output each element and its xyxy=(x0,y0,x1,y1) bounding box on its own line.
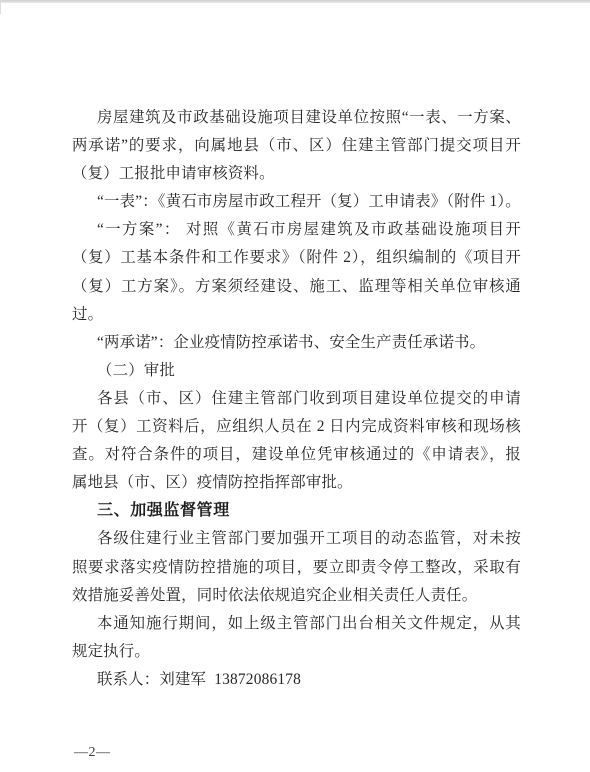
document-line: 各级住建行业主管部门要加强开工项目的动态监管，对未按 xyxy=(72,525,521,553)
document-line: 过。 xyxy=(72,301,521,329)
document-line: 开（复）工资料后，应组织人员在 2 日内完成资料审核和现场核 xyxy=(72,413,521,441)
document-line: 查。对符合条件的项目，建设单位凭审核通过的《申请表》，报 xyxy=(72,441,521,469)
document-line: “一表”：《黄石市房屋市政工程开（复）工申请表》（附件 1）。 xyxy=(72,188,521,216)
scan-edge-top xyxy=(0,0,590,3)
section-heading-supervision: 三、加强监督管理 xyxy=(72,497,521,525)
document-page: 房屋建筑及市政基础设施项目建设单位按照“一表、一方案、 两承诺”的要求，向属地县… xyxy=(0,0,590,772)
document-line: 照要求落实疫情防控措施的项目，要立即责令停工整改，采取有 xyxy=(72,554,521,582)
document-line: （复）工基本条件和工作要求》（附件 2），组织编制的《项目开 xyxy=(72,244,521,272)
document-line: 各县（市、区）住建主管部门收到项目建设单位提交的申请 xyxy=(72,385,521,413)
document-line: 规定执行。 xyxy=(72,638,521,666)
document-line: 房屋建筑及市政基础设施项目建设单位按照“一表、一方案、 xyxy=(72,104,521,132)
document-line: （复）工报批申请审核资料。 xyxy=(72,160,521,188)
document-line: （复）工方案》。方案须经建设、施工、监理等相关单位审核通 xyxy=(72,273,521,301)
page-number: —2— xyxy=(74,745,111,761)
document-line: “一方案”： 对照《黄石市房屋建筑及市政基础设施项目开 xyxy=(72,216,521,244)
document-line: 属地县（市、区）疫情防控指挥部审批。 xyxy=(72,469,521,497)
document-line: “两承诺”：企业疫情防控承诺书、安全生产责任承诺书。 xyxy=(72,329,521,357)
document-line: 效措施妥善处置，同时依法依规追究企业相关责任人责任。 xyxy=(72,582,521,610)
subsection-heading-approval: （二）审批 xyxy=(72,357,521,385)
scan-edge-left xyxy=(0,0,1,14)
contact-line: 联系人：刘建军 13872086178 xyxy=(72,666,521,694)
document-line: 本通知施行期间，如上级主管部门出台相关文件规定，从其 xyxy=(72,610,521,638)
document-body: 房屋建筑及市政基础设施项目建设单位按照“一表、一方案、 两承诺”的要求，向属地县… xyxy=(72,104,521,694)
document-line: 两承诺”的要求，向属地县（市、区）住建主管部门提交项目开 xyxy=(72,132,521,160)
